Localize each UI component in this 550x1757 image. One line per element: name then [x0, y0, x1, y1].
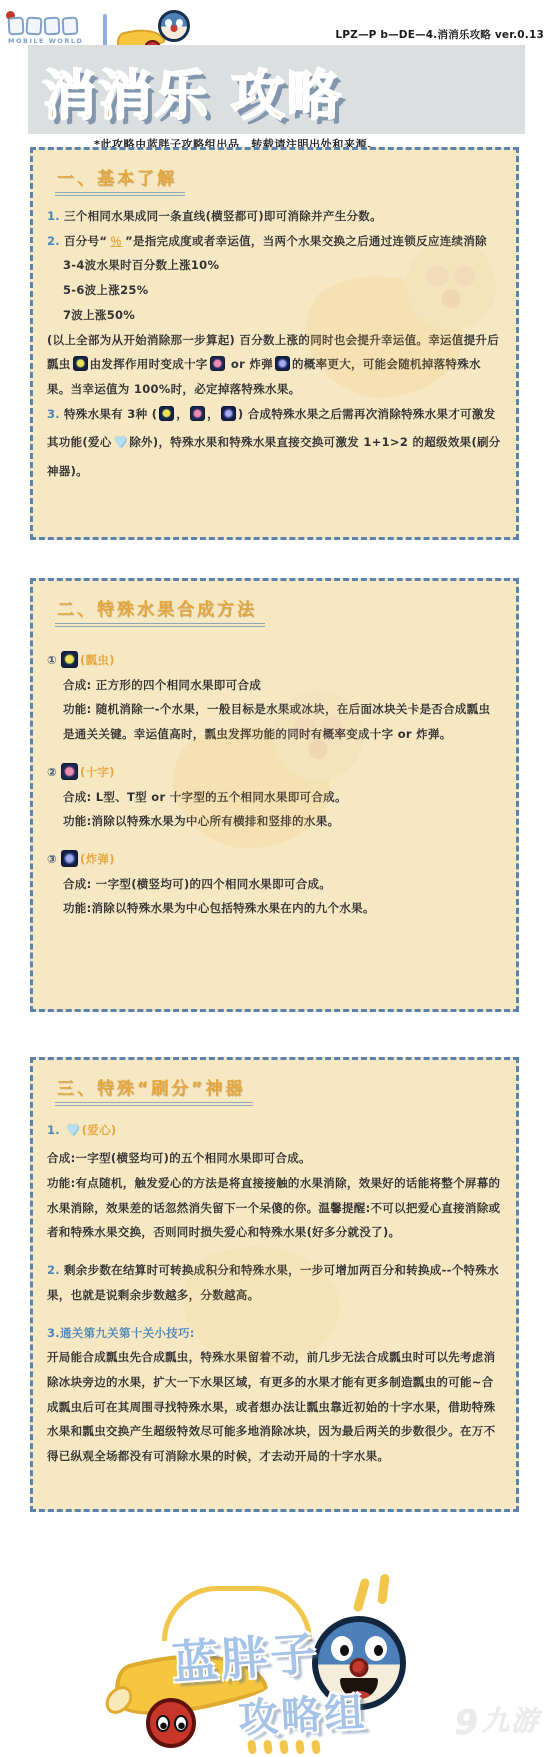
eye-icon [331, 1636, 353, 1661]
entry-marker: ① [47, 653, 57, 667]
footer-logo: 蓝胖子 攻略组 [120, 1592, 430, 1757]
entry-marker: ② [47, 765, 57, 779]
heart-entry-head: 1.♥(爱心) [47, 1114, 502, 1146]
mascot-face-icon [158, 10, 190, 42]
entry-label: (十字) [80, 765, 115, 779]
bomb-icon [275, 356, 290, 371]
heart-function-line: 功能:有点随机，触发爱心的方法是将直接接触的水果消除，效果好的话能将整个屏幕的水… [47, 1171, 502, 1245]
item-number: 3. [47, 407, 60, 421]
synthesis-entry-bomb: ③(炸弹) 合成: 一字型(横竖均可)的四个相同水果即可合成。 功能:消除以特殊… [47, 847, 502, 921]
section-synthesis: 二、特殊水果合成方法 ①(瓢虫) 合成: 正方形的四个相同水果即可合成 功能: … [30, 578, 519, 1012]
section1-heading: 一、基本了解 [55, 162, 185, 196]
item-text: ”是指完成度或者幸运值，当两个水果交换之后通过连锁反应连续消除 [125, 234, 487, 248]
spacer [47, 1245, 502, 1258]
item-text: 剩余步数在结算时可转换成积分和特殊水果，一步可增加两百分和转换成--个特殊水果，… [47, 1263, 499, 1302]
exclamation-dots [248, 1740, 320, 1754]
tips-body: 开局能合成瓢虫先合成瓢虫，特殊水果留着不动，前几步无法合成瓢虫时可以先考虑消除冰… [47, 1345, 502, 1469]
entry-head: ③(炸弹) [47, 847, 502, 872]
entry-label: (瓢虫) [80, 653, 115, 667]
version-text: LPZ—P b—DE—4.消消乐攻略 ver.0.13 [335, 27, 544, 42]
bomb-icon [221, 406, 236, 421]
cherry-icon [146, 1698, 196, 1748]
section-score-tools: 三、特殊“刷分”神器 1.♥(爱心) 合成:一字型(横竖均可)的五个相同水果即可… [30, 1057, 519, 1512]
exclamation-icon [352, 1577, 370, 1612]
footer-logo-text-2: 攻略组 [237, 1681, 369, 1745]
footer-logo-text-1: 蓝胖子 [170, 1617, 321, 1693]
entry-function-line: 功能:消除以特殊水果为中心包括特殊水果在内的九个水果。 [47, 896, 502, 921]
item-text: ， [207, 407, 219, 421]
eye-icon [156, 1715, 170, 1732]
nose-icon [350, 1658, 369, 1677]
steps-bonus-item: 2.剩余步数在结算时可转换成积分和特殊水果，一步可增加两百分和转换成--个特殊水… [47, 1258, 502, 1307]
cross-icon [61, 763, 78, 780]
eye-icon [365, 1636, 387, 1661]
page-title: 消消乐 攻略 [42, 53, 343, 130]
entry-head: ①(瓢虫) [47, 648, 502, 673]
item-number: 1. [47, 1123, 60, 1137]
item-text: 特殊水果有 3种 ( [64, 407, 157, 421]
section2-heading: 二、特殊水果合成方法 [55, 593, 265, 627]
item-text: 由发挥作用时变成十字 [90, 357, 208, 371]
percent-rule-line: 5-6波上涨25% [47, 278, 502, 303]
spacer [47, 1308, 502, 1321]
entry-head: ②(十字) [47, 760, 502, 785]
item-text: ， [176, 407, 188, 421]
basics-item-1: 1.三个相同水果成同一条直线(横竖都可)即可消除并产生分数。 [47, 204, 502, 229]
entry-function-line: 功能:消除以特殊水果为中心所有横排和竖排的水果。 [47, 809, 502, 834]
ladybug-icon [73, 356, 88, 371]
synthesis-entry-ladybug: ①(瓢虫) 合成: 正方形的四个相同水果即可合成 功能: 随机消除一-个水果，一… [47, 648, 502, 747]
luck-paragraph: (以上全部为从开始消除那一步算起) 百分数上涨的同时也会提升幸运值。幸运值提升后… [47, 328, 502, 402]
entry-label: (爱心) [82, 1123, 117, 1137]
cross-icon [210, 356, 225, 371]
jiuyou-watermark: 9九游 [454, 1699, 540, 1743]
jiuyou-text: 九游 [482, 1706, 540, 1737]
basics-item-2: 2.百分号“％”是指完成度或者幸运值，当两个水果交换之后通过连锁反应连续消除 [47, 229, 502, 254]
ladybug-icon [159, 406, 174, 421]
item-text: 三个相同水果成同一条直线(横竖都可)即可消除并产生分数。 [64, 209, 382, 223]
entry-label: (炸弹) [80, 852, 115, 866]
tips-heading: 3.通关第九关第十关小技巧: [47, 1321, 502, 1346]
item-text: or 炸弹 [227, 357, 273, 371]
percent-rule-line: 3-4波水果时百分数上涨10% [47, 253, 502, 278]
entry-synthesis-line: 合成: L型、T型 or 十字型的五个相同水果即可合成。 [47, 785, 502, 810]
entry-synthesis-line: 合成: 正方形的四个相同水果即可合成 [47, 673, 502, 698]
entry-synthesis-line: 合成: 一字型(横竖均可)的四个相同水果即可合成。 [47, 872, 502, 897]
section-basics: 一、基本了解 1.三个相同水果成同一条直线(横竖都可)即可消除并产生分数。 2.… [30, 147, 519, 540]
synthesis-entry-cross: ②(十字) 合成: L型、T型 or 十字型的五个相同水果即可合成。 功能:消除… [47, 760, 502, 834]
ladybug-icon [61, 651, 78, 668]
jiuyou-digit: 9 [454, 1703, 480, 1743]
section3-heading: 三、特殊“刷分”神器 [55, 1072, 253, 1106]
heart-synthesis-line: 合成:一字型(横竖均可)的五个相同水果即可合成。 [47, 1146, 502, 1171]
heart-icon: ♥ [66, 1121, 80, 1139]
cross-icon [190, 406, 205, 421]
item-number: 1. [47, 209, 60, 223]
exclamation-icon [377, 1574, 390, 1605]
percent-symbol: ％ [107, 234, 125, 248]
bomb-icon [61, 850, 78, 867]
item-number: 2. [47, 1263, 60, 1277]
heart-icon: ♥ [114, 433, 128, 451]
logo-char-blocks [8, 11, 96, 35]
percent-rule-line: 7波上涨50% [47, 303, 502, 328]
item-text: 百分号“ [64, 234, 107, 248]
eye-icon [174, 1715, 188, 1732]
entry-function-line: 功能: 随机消除一-个水果，一般目标是水果或冰块，在后面冰块关卡是否合成瓢虫是通… [47, 697, 502, 746]
item-number: 2. [47, 234, 60, 248]
basics-item-3: 3.特殊水果有 3种 (，，) 合成特殊水果之后需再次消除特殊水果才可激发其功能… [47, 402, 502, 484]
title-banner: 消消乐 攻略 [28, 45, 525, 134]
mobile-world-label: MOBILE WORLD [8, 37, 96, 45]
nose-icon [171, 25, 178, 32]
entry-marker: ③ [47, 852, 57, 866]
